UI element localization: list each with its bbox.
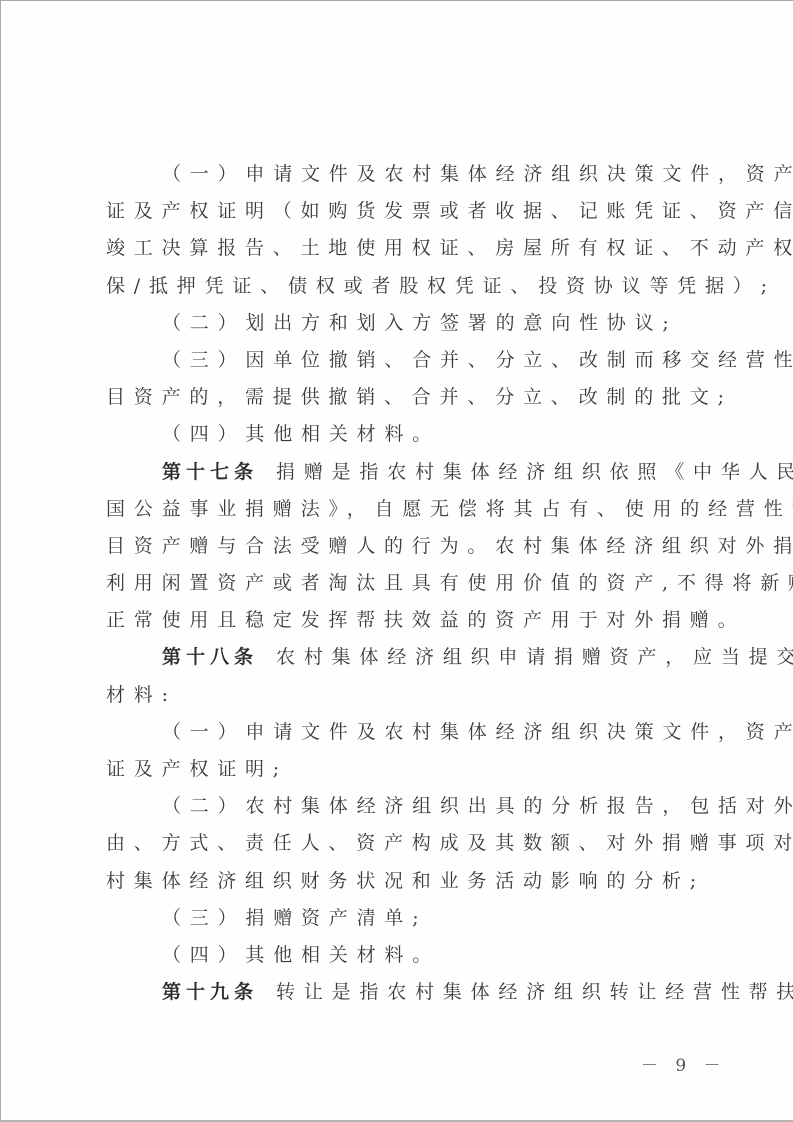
text-line: （一）申请文件及农村集体经济组织决策文件，资产价值凭 <box>106 714 696 751</box>
line-text: 捐赠是指农村集体经济组织依照《中华人民共和 <box>276 461 793 483</box>
text-line: 由、方式、责任人、资产构成及其数额、对外捐赠事项对本村农 <box>106 825 696 862</box>
document-body: （一）申请文件及农村集体经济组织决策文件，资产价值凭 证及产权证明（如购货发票或… <box>106 156 696 1011</box>
text-line: （一）申请文件及农村集体经济组织决策文件，资产价值凭 <box>106 156 696 193</box>
line-text: 村集体经济组织财务状况和业务活动影响的分析; <box>106 870 705 892</box>
line-text: （三）捐赠资产清单; <box>162 907 427 929</box>
line-text: （一）申请文件及农村集体经济组织决策文件，资产价值凭 <box>162 721 793 743</box>
text-line: 目资产赠与合法受赠人的行为。农村集体经济组织对外捐赠应当 <box>106 528 696 565</box>
line-text: （二）农村集体经济组织出具的分析报告，包括对外捐赠事 <box>162 795 793 817</box>
line-text: 目资产赠与合法受赠人的行为。农村集体经济组织对外捐赠应当 <box>106 535 793 557</box>
text-line: （三）因单位撤销、合并、分立、改制而移交经营性帮扶项 <box>106 342 696 379</box>
text-line: （三）捐赠资产清单; <box>106 900 696 937</box>
text-line: （四）其他相关材料。 <box>106 416 696 453</box>
line-text: 国公益事业捐赠法》，自愿无偿将其占有、使用的经营性帮扶项 <box>106 498 793 520</box>
line-text: 转让是指农村集体经济组织转让经营性帮扶项 <box>276 981 793 1003</box>
text-line: 利用闲置资产或者淘汰且具有使用价值的资产,不得将新购资产、 <box>106 565 696 602</box>
page-number: － 9 － <box>641 1051 727 1076</box>
line-text: 目资产的，需提供撤销、合并、分立、改制的批文; <box>106 386 733 408</box>
line-text: 证及产权证明; <box>106 758 288 780</box>
article-18-heading-line: 第十八条农村集体经济组织申请捐赠资产，应当提交以下 <box>106 639 696 676</box>
text-line: 村集体经济组织财务状况和业务活动影响的分析; <box>106 863 696 900</box>
line-text: 证及产权证明（如购货发票或者收据、记账凭证、资产信息卡、 <box>106 200 793 222</box>
line-text: 竣工决算报告、土地使用权证、房屋所有权证、不动产权证、担 <box>106 237 793 259</box>
line-text: （二）划出方和划入方签署的意向性协议; <box>162 312 678 334</box>
text-line: 竣工决算报告、土地使用权证、房屋所有权证、不动产权证、担 <box>106 230 696 267</box>
line-text: 保/抵押凭证、债权或者股权凭证、投资协议等凭据）; <box>106 275 776 297</box>
text-line: 正常使用且稳定发挥帮扶效益的资产用于对外捐赠。 <box>106 602 696 639</box>
article-19-heading-line: 第十九条转让是指农村集体经济组织转让经营性帮扶项 <box>106 974 696 1011</box>
line-text: 利用闲置资产或者淘汰且具有使用价值的资产,不得将新购资产、 <box>106 572 793 594</box>
line-text: 材料: <box>106 684 177 706</box>
text-line: 证及产权证明（如购货发票或者收据、记账凭证、资产信息卡、 <box>106 193 696 230</box>
text-line: 目资产的，需提供撤销、合并、分立、改制的批文; <box>106 379 696 416</box>
line-text: 正常使用且稳定发挥帮扶效益的资产用于对外捐赠。 <box>106 609 745 631</box>
article-number: 第十九条 <box>162 981 258 1003</box>
line-text: 由、方式、责任人、资产构成及其数额、对外捐赠事项对本村农 <box>106 832 793 854</box>
text-line: 证及产权证明; <box>106 751 696 788</box>
article-17-heading-line: 第十七条捐赠是指农村集体经济组织依照《中华人民共和 <box>106 454 696 491</box>
line-text: 农村集体经济组织申请捐赠资产，应当提交以下 <box>276 646 793 668</box>
text-line: （四）其他相关材料。 <box>106 937 696 974</box>
article-number: 第十七条 <box>162 461 258 483</box>
text-line: 保/抵押凭证、债权或者股权凭证、投资协议等凭据）; <box>106 268 696 305</box>
text-line: 材料: <box>106 677 696 714</box>
line-text: （一）申请文件及农村集体经济组织决策文件，资产价值凭 <box>162 163 793 185</box>
line-text: （三）因单位撤销、合并、分立、改制而移交经营性帮扶项 <box>162 349 793 371</box>
text-line: （二）划出方和划入方签署的意向性协议; <box>106 305 696 342</box>
line-text: （四）其他相关材料。 <box>162 423 440 445</box>
text-line: 国公益事业捐赠法》，自愿无偿将其占有、使用的经营性帮扶项 <box>106 491 696 528</box>
line-text: （四）其他相关材料。 <box>162 944 440 966</box>
document-page: （一）申请文件及农村集体经济组织决策文件，资产价值凭 证及产权证明（如购货发票或… <box>0 0 793 1122</box>
text-line: （二）农村集体经济组织出具的分析报告，包括对外捐赠事 <box>106 788 696 825</box>
article-number: 第十八条 <box>162 646 258 668</box>
